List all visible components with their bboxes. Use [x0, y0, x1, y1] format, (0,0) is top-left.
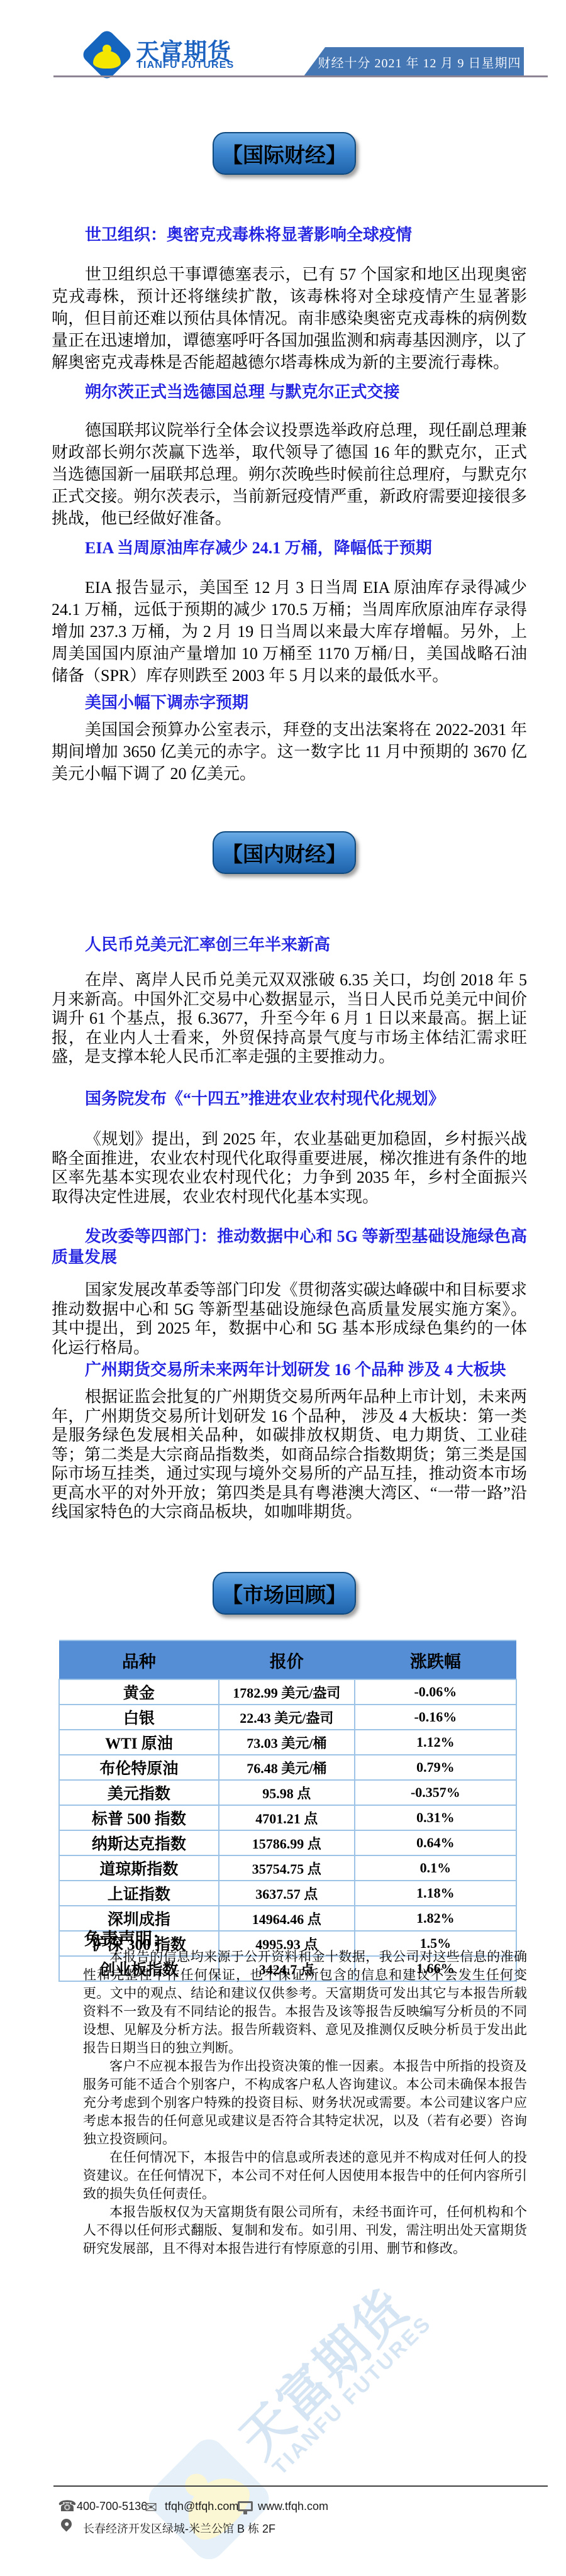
article-plan-body: 《规划》提出，到 2025 年，农业基础更加稳固，乡村振兴战略全面推进，农业农村… — [52, 1130, 527, 1207]
newsletter-page: 天富期货 TIANFU FUTURES 财经十分 2021 年 12 月 9 日… — [0, 0, 566, 2576]
table-header-row: 品种 报价 涨跌幅 — [59, 1640, 516, 1679]
article-headline: 广州期货交易所未来两年计划研发 16 个品种 涉及 4 大板块 — [52, 1359, 527, 1380]
section-pill-international: 【国际财经】 — [213, 132, 356, 175]
section-title: 【市场回顾】 — [222, 1579, 347, 1608]
article-scholz-body: 德国联邦议院举行全体会议投票选举政府总理，现任副总理兼财政部长朔尔茨赢下选举，取… — [52, 419, 527, 529]
disclaimer-paragraph: 本报告版权仅为天富期货有限公司所有，未经书面许可，任何机构和个人不得以任何形式翻… — [83, 2203, 527, 2258]
logo-figure-icon — [88, 36, 126, 74]
location-pin-icon — [58, 2516, 74, 2531]
date-banner-text: 财经十分 2021 年 12 月 9 日星期四 — [318, 53, 521, 71]
article-headline: 朔尔茨正式当选德国总理 与默克尔正式交接 — [52, 382, 527, 402]
article-headline: 国务院发布《“十四五”推进农业农村现代化规划》 — [52, 1088, 527, 1109]
watermark-text-en: TIANFU FUTURES — [268, 2311, 437, 2480]
table-row: 道琼斯指数35754.75 点0.1% — [59, 1855, 516, 1881]
footer-address: 长春经济开发区绿城-米兰公馆 B 栋 2F — [83, 2520, 275, 2536]
header-divider — [53, 75, 548, 77]
article-headline: 世卫组织：奥密克戎毒株将显著影响全球疫情 — [52, 224, 527, 245]
date-banner: 财经十分 2021 年 12 月 9 日星期四 — [304, 47, 524, 76]
tianfu-logo-icon — [80, 28, 134, 82]
article-body: 根据证监会批复的广州期货交易所两年品种上市计划，未来两年，广州期货交易所计划研发… — [52, 1388, 527, 1522]
phone-icon: ☎ — [58, 2497, 77, 2515]
logo-title-en: TIANFU FUTURES — [136, 60, 234, 71]
disclaimer-paragraph: 客户不应视本报告为作出投资决策的惟一因素。本报告中所指的投资及服务可能不适合个别… — [83, 2057, 527, 2148]
article-gfex-body: 根据证监会批复的广州期货交易所两年品种上市计划，未来两年，广州期货交易所计划研发… — [52, 1388, 527, 1522]
article-headline: 美国小幅下调赤字预期 — [52, 692, 527, 713]
article-headline: 人民币兑美元汇率创三年半来新高 — [52, 934, 527, 955]
article-gfex: 广州期货交易所未来两年计划研发 16 个品种 涉及 4 大板块 — [52, 1359, 527, 1380]
article-ndrc-5g-body: 国家发展改革委等部门印发《贯彻落实碳达峰碳中和目标要求 推动数据中心和 5G 等… — [52, 1281, 527, 1357]
footer-divider — [53, 2485, 548, 2487]
table-row: 上证指数3637.57 点1.18% — [59, 1881, 516, 1906]
article-who-omicron-body: 世卫组织总干事谭德塞表示，已有 57 个国家和地区出现奥密克戎毒株，预计还将继续… — [52, 263, 527, 373]
article-body: 《规划》提出，到 2025 年，农业基础更加稳固，乡村振兴战略全面推进，农业农村… — [52, 1130, 527, 1207]
article-eia-body: EIA 报告显示，美国至 12 月 3 日当周 EIA 原油库存录得减少 24.… — [52, 577, 527, 687]
article-body: 国家发展改革委等部门印发《贯彻落实碳达峰碳中和目标要求 推动数据中心和 5G 等… — [52, 1281, 527, 1357]
article-deficit-body: 美国国会预算办公室表示，拜登的支出法案将在 2022-2031 年期间增加 36… — [52, 719, 527, 785]
article-body: 世卫组织总干事谭德塞表示，已有 57 个国家和地区出现奥密克戎毒株，预计还将继续… — [52, 263, 527, 373]
article-headline: EIA 当周原油库存减少 24.1 万桶，降幅低于预期 — [52, 538, 527, 558]
footer-email: tfqh@tfqh.com — [165, 2500, 238, 2513]
col-header-quote: 报价 — [219, 1640, 355, 1679]
section-title: 【国内财经】 — [222, 838, 347, 868]
article-body: 在岸、离岸人民币兑美元双双涨破 6.35 关口，均创 2018 年 5 月来新高… — [52, 971, 527, 1067]
disclaimer-block: 本报告的信息均来源于公开资料和金十数据，我公司对这些信息的准确性和完整性不作任何… — [83, 1948, 527, 2258]
section-title: 【国际财经】 — [222, 139, 347, 169]
article-body: 美国国会预算办公室表示，拜登的支出法案将在 2022-2031 年期间增加 36… — [52, 719, 527, 785]
table-row: 黄金1782.99 美元/盎司-0.06% — [59, 1679, 516, 1705]
monitor-icon — [238, 2501, 253, 2511]
watermark-text-cn: 天富期货 — [220, 2270, 421, 2472]
col-header-variety: 品种 — [59, 1640, 219, 1679]
section-pill-market-review: 【市场回顾】 — [213, 1572, 356, 1615]
article-rmb: 人民币兑美元汇率创三年半来新高 — [52, 934, 527, 955]
disclaimer-paragraph: 本报告的信息均来源于公开资料和金十数据，我公司对这些信息的准确性和完整性不作任何… — [83, 1948, 527, 2057]
table-row: 布伦特原油76.48 美元/桶0.79% — [59, 1755, 516, 1780]
table-row: 美元指数95.98 点-0.357% — [59, 1780, 516, 1805]
table-row: 白银22.43 美元/盎司-0.16% — [59, 1705, 516, 1730]
table-row: 纳斯达克指数15786.99 点0.64% — [59, 1830, 516, 1855]
disclaimer-title: 免责声明： — [84, 1925, 169, 1950]
article-deficit: 美国小幅下调赤字预期 — [52, 692, 527, 713]
article-body: 德国联邦议院举行全体会议投票选举政府总理，现任副总理兼财政部长朔尔茨赢下选举，取… — [52, 419, 527, 529]
article-scholz: 朔尔茨正式当选德国总理 与默克尔正式交接 — [52, 382, 527, 402]
section-pill-domestic: 【国内财经】 — [213, 831, 356, 874]
article-who-omicron: 世卫组织：奥密克戎毒株将显著影响全球疫情 — [52, 224, 527, 245]
table-row: 标普 500 指数4701.21 点0.31% — [59, 1805, 516, 1830]
mail-icon: ✉ — [145, 2499, 157, 2516]
col-header-change: 涨跌幅 — [355, 1640, 516, 1679]
article-headline: 发改委等四部门：推动数据中心和 5G 等新型基础设施绿色高质量发展 — [52, 1226, 527, 1268]
watermark-logo-icon — [142, 2433, 275, 2566]
article-eia: EIA 当周原油库存减少 24.1 万桶，降幅低于预期 — [52, 538, 527, 558]
footer-phone: 400-700-5136 — [77, 2500, 147, 2513]
article-rmb-body: 在岸、离岸人民币兑美元双双涨破 6.35 关口，均创 2018 年 5 月来新高… — [52, 971, 527, 1067]
disclaimer-paragraph: 在任何情况下，本报告中的信息或所表述的意见并不构成对任何人的投资建议。在任何情况… — [83, 2148, 527, 2203]
article-body: EIA 报告显示，美国至 12 月 3 日当周 EIA 原油库存录得减少 24.… — [52, 577, 527, 687]
article-ndrc-5g: 发改委等四部门：推动数据中心和 5G 等新型基础设施绿色高质量发展 — [52, 1226, 527, 1268]
footer-website: www.tfqh.com — [258, 2500, 328, 2513]
article-plan: 国务院发布《“十四五”推进农业农村现代化规划》 — [52, 1088, 527, 1109]
table-row: WTI 原油73.03 美元/桶1.12% — [59, 1730, 516, 1755]
